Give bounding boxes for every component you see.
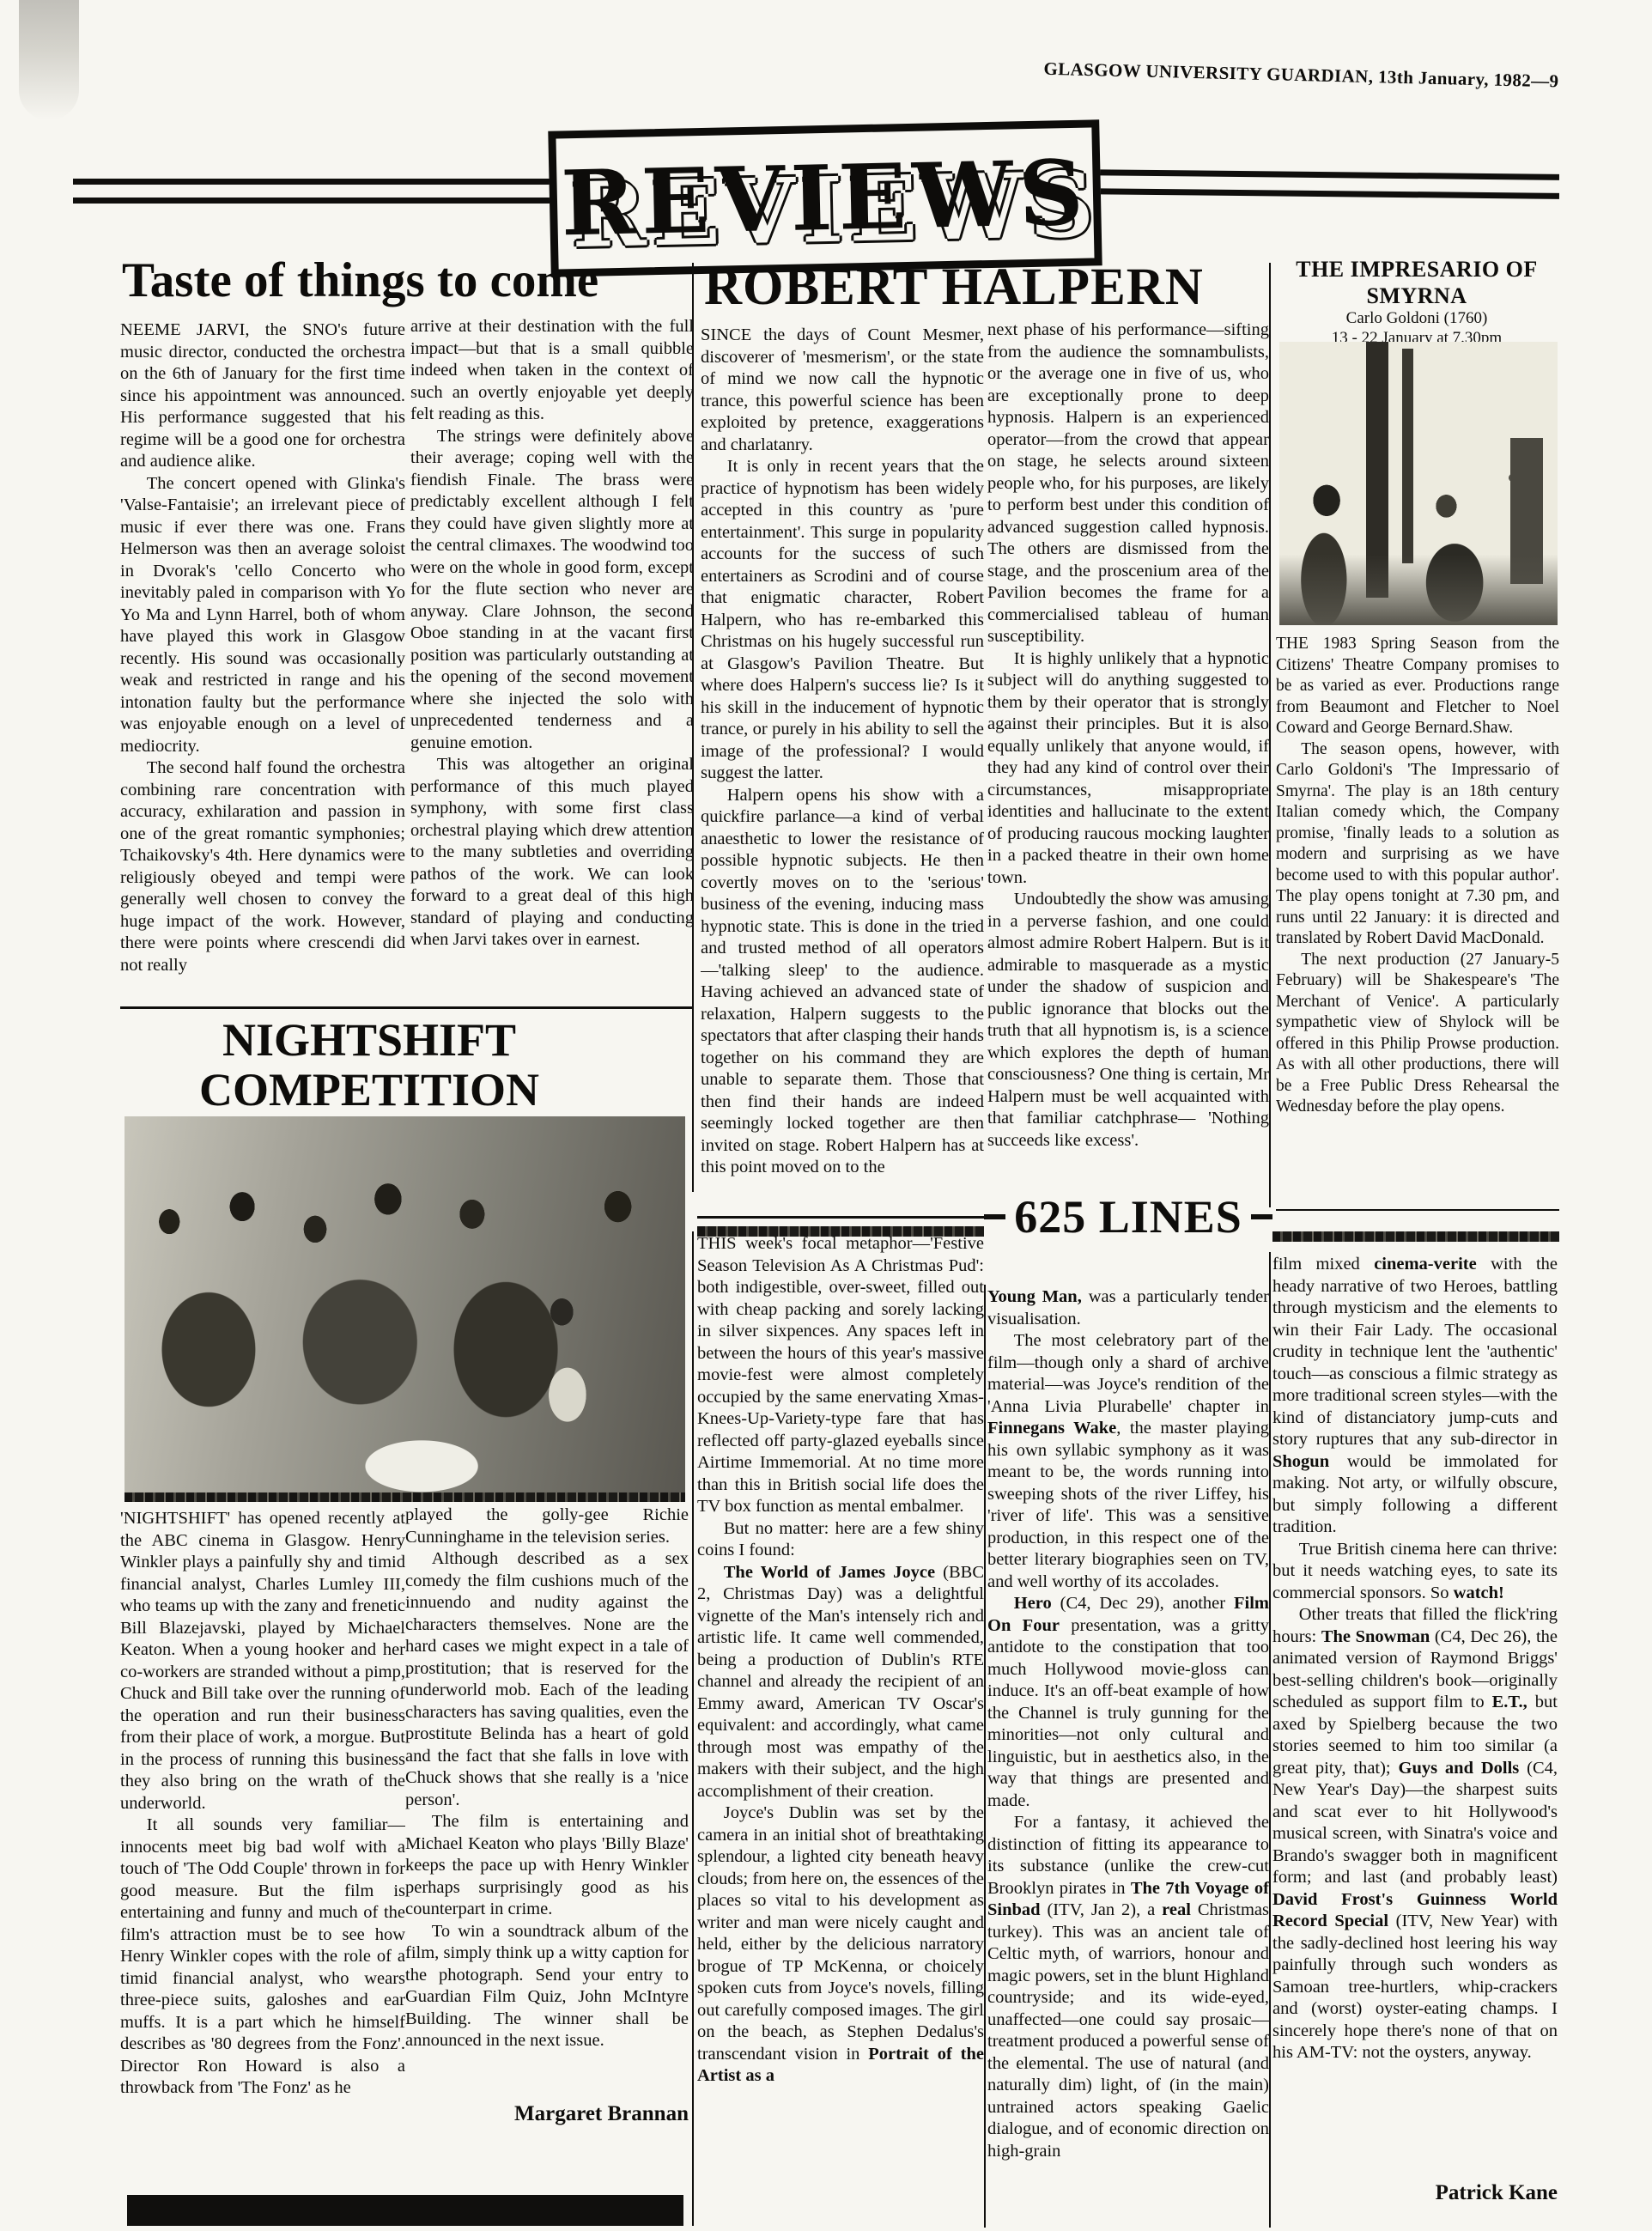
column-rule [1269,263,1271,1207]
paragraph: It is highly unlikely that a hypnotic su… [987,648,1269,890]
impresario-title: THE IMPRESARIO OF SMYRNA [1274,256,1559,309]
nightshift-headline-line1: NIGHTSHIFT [146,1015,592,1065]
scan-smudge [19,0,79,120]
halpern-column-1: SINCE the days of Count Mesmer, discover… [701,325,984,1185]
masthead: GLASGOW UNIVERSITY GUARDIAN, 13th Januar… [841,53,1558,92]
impresario-bottom-rule [1276,1209,1559,1211]
taste-column-2: arrive at their destination with the ful… [410,316,694,1005]
paragraph: The second half found the orchestra comb… [120,757,405,976]
lines625-byline: Patrick Kane [1272,2181,1558,2205]
nightshift-byline: Margaret Brannan [405,2102,689,2126]
paragraph: The film is entertaining and Michael Kea… [405,1811,689,1921]
paragraph: This was altogether an original performa… [410,754,694,951]
lines625-column-3: film mixed cinema-verite with the heady … [1272,1254,1558,2174]
paragraph: But no matter: here are a few shiny coin… [697,1518,984,1562]
paragraph: The next production (27 January-5 Februa… [1276,950,1559,1118]
paragraph: The concert opened with Glinka's 'Valse-… [120,473,405,758]
paragraph: True British cinema here can thrive: but… [1272,1539,1558,1605]
paragraph: The season opens, however, with Carlo Go… [1276,739,1559,950]
paragraph: Other treats that filled the flick'ring … [1272,1604,1558,2064]
paragraph: next phase of his performance—sifting fr… [987,319,1269,648]
paragraph: Undoubtedly the show was amusing in a pe… [987,889,1269,1152]
reviews-banner-text: REVIEWS REVIEWS [560,149,1090,249]
impresario-column: THE 1983 Spring Season from the Citizens… [1276,634,1559,1207]
paragraph: NEEME JARVI, the SNO's future music dire… [120,319,405,473]
taste-headline: Taste of things to come [122,252,699,308]
paragraph: arrive at their destination with the ful… [410,316,694,426]
nightshift-column-1: 'NIGHTSHIFT' has opened recently at the … [120,1508,405,2200]
halpern-column-2: next phase of his performance—sifting fr… [987,319,1269,1185]
paragraph: The strings were definitely above their … [410,426,694,755]
paragraph: THIS week's focal metaphor—'Festive Seas… [697,1233,984,1518]
lines625-column-1: THIS week's focal metaphor—'Festive Seas… [697,1233,984,2221]
impresario-heading: THE IMPRESARIO OF SMYRNA Carlo Goldoni (… [1274,256,1559,349]
paragraph: Joyce's Dublin was set by the camera in … [697,1802,984,2088]
newspaper-page: GLASGOW UNIVERSITY GUARDIAN, 13th Januar… [0,0,1652,2231]
paragraph: film mixed cinema-verite with the heady … [1272,1254,1558,1539]
banner-rule-left-bottom [73,198,552,204]
paragraph: For a fantasy, it achieved the distincti… [987,1812,1269,2162]
lines625-bar-right [1272,1231,1559,1242]
nightshift-column-2: played the golly-gee Richie Cunninghame … [405,1505,689,2097]
lines625-headline: 625 LINES [984,1190,1272,1243]
paragraph: The most celebratory part of the film—th… [987,1330,1269,1593]
impresario-illustration [1279,342,1558,625]
photo-edge-strip [125,1492,685,1502]
lines625-headline-text: 625 LINES [1014,1190,1242,1243]
banner-rule-right-bottom [1082,188,1559,199]
paragraph: 'NIGHTSHIFT' has opened recently at the … [120,1508,405,1815]
paragraph: It is only in recent years that the prac… [701,456,984,785]
paragraph: Halpern opens his show with a quickfire … [701,785,984,1179]
paragraph: SINCE the days of Count Mesmer, discover… [701,325,984,456]
column-rule [984,1285,986,2228]
paragraph: Young Man, was a particularly tender vis… [987,1286,1269,1330]
impresario-author: Carlo Goldoni (1760) [1274,309,1559,329]
lines625-column-2: Young Man, was a particularly tender vis… [987,1286,1269,2226]
paragraph: Hero (C4, Dec 29), another Film On Four … [987,1593,1269,1812]
lines625-rule-left [697,1216,984,1219]
column-rule [692,1231,694,2226]
paragraph: To win a soundtrack album of the film, s… [405,1921,689,2052]
paragraph: Although described as a sex comedy the f… [405,1548,689,1811]
nightshift-photo [125,1116,685,1492]
paragraph: THE 1983 Spring Season from the Citizens… [1276,634,1559,739]
taste-bottom-rule [120,1006,692,1009]
paragraph: The World of James Joyce (BBC 2, Christm… [697,1562,984,1803]
scan-artifact-bar [127,2195,683,2226]
nightshift-headline: NIGHTSHIFT COMPETITION [146,1015,592,1115]
reviews-banner-label: REVIEWS [560,140,1090,257]
nightshift-headline-line2: COMPETITION [146,1065,592,1115]
banner-rule-right-top [1082,169,1559,180]
paragraph: played the golly-gee Richie Cunninghame … [405,1505,689,1548]
banner-rule-left-top [73,179,552,185]
halpern-headline: ROBERT HALPERN [704,258,1269,318]
paragraph: It all sounds very familiar—innocents me… [120,1815,405,2100]
taste-column-1: NEEME JARVI, the SNO's future music dire… [120,319,405,1005]
column-rule [1269,1252,1271,2228]
